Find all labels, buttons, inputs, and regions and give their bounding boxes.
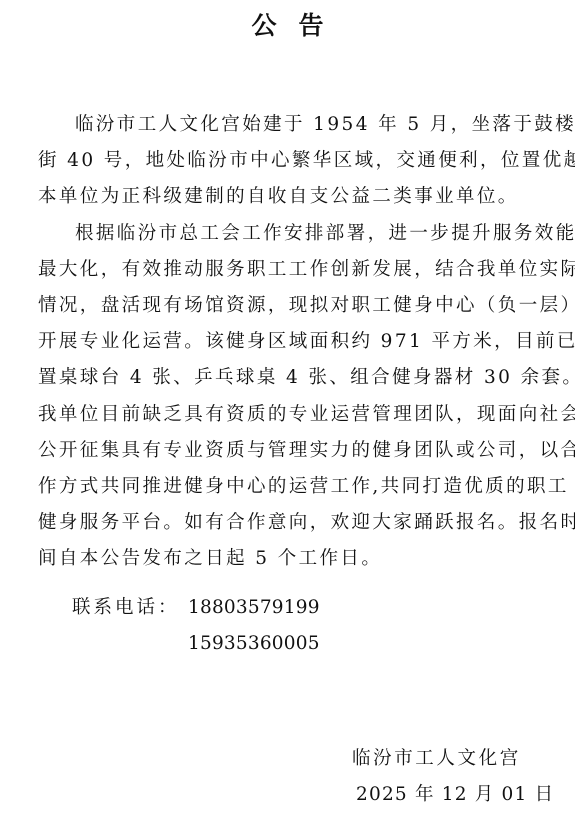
text-line: 本单位为正科级建制的自收自支公益二类事业单位。 [38, 179, 538, 215]
paragraph-announcement: 根据临汾市总工会工作安排部署，进一步提升服务效能 最大化，有效推动服务职工工作创… [38, 216, 538, 578]
phone-number-secondary: 15935360005 [188, 626, 320, 662]
text-line: 作方式共同推进健身中心的运营工作,共同打造优质的职工 [38, 469, 538, 505]
text-line: 临汾市工人文化宫始建于 1954 年 5 月，坐落于鼓楼东大 [38, 107, 538, 143]
text-line: 街 40 号，地处临汾市中心繁华区域，交通便利，位置优越。 [38, 143, 538, 179]
text-line: 开展专业化运营。该健身区域面积约 971 平方米，目前已配 [38, 324, 538, 360]
text-line: 健身服务平台。如有合作意向，欢迎大家踊跃报名。报名时 [38, 505, 538, 541]
contact-row-secondary: 15935360005 [72, 626, 320, 662]
contact-label-spacer [72, 626, 188, 662]
text-line: 间自本公告发布之日起 5 个工作日。 [38, 541, 538, 577]
signature-date: 2025 年 12 月 01 日 [352, 777, 554, 813]
phone-number-primary: 18803579199 [188, 590, 320, 626]
text-line: 情况，盘活现有场馆资源，现拟对职工健身中心（负一层） [38, 288, 538, 324]
text-line: 我单位目前缺乏具有资质的专业运营管理团队，现面向社会 [38, 397, 538, 433]
text-line: 最大化，有效推动服务职工工作创新发展，结合我单位实际 [38, 252, 538, 288]
notice-body: 临汾市工人文化宫始建于 1954 年 5 月，坐落于鼓楼东大 街 40 号，地处… [38, 107, 538, 578]
text-line: 根据临汾市总工会工作安排部署，进一步提升服务效能 [38, 216, 538, 252]
text-line: 置桌球台 4 张、乒乓球桌 4 张、组合健身器材 30 余套。由于 [38, 360, 538, 396]
signature-block: 临汾市工人文化宫 2025 年 12 月 01 日 [352, 741, 554, 813]
signature-organization: 临汾市工人文化宫 [352, 741, 554, 777]
notice-title: 公告 [0, 6, 575, 46]
paragraph-intro: 临汾市工人文化宫始建于 1954 年 5 月，坐落于鼓楼东大 街 40 号，地处… [38, 107, 538, 216]
contact-label: 联系电话： [72, 590, 188, 626]
contact-row-primary: 联系电话： 18803579199 [72, 590, 320, 626]
text-line: 公开征集具有专业资质与管理实力的健身团队或公司，以合 [38, 433, 538, 469]
contact-info: 联系电话： 18803579199 15935360005 [72, 590, 320, 662]
